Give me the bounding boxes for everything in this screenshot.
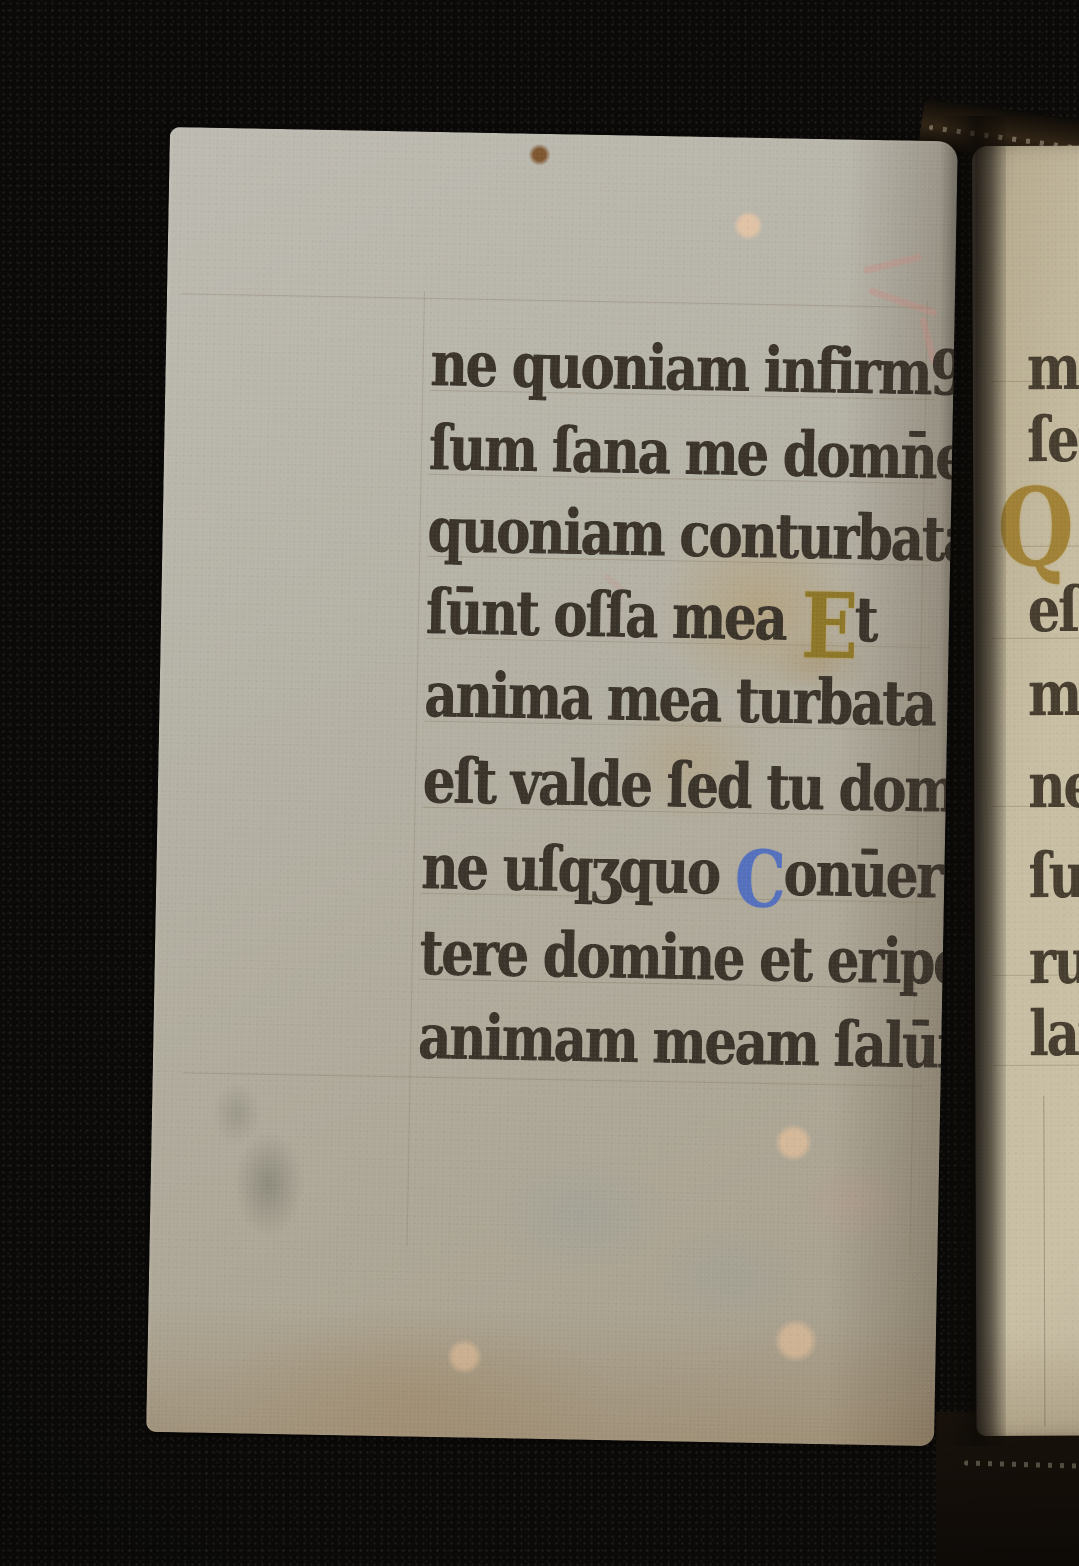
line-text: ru xyxy=(1029,926,1079,999)
text-line: ne quoniam infirm9 xyxy=(430,328,958,411)
line-text: me xyxy=(1027,332,1079,405)
line-text: animam meam ſalūm xyxy=(418,1001,958,1085)
line-text: anima mea turbata xyxy=(424,659,936,742)
ruling-line-vertical xyxy=(407,292,426,1247)
manuscript-photo: ne quoniam infirm9 ſum ſana me domn̄e qu… xyxy=(0,0,1079,1566)
text-line: ne uſqʒquo Conūer xyxy=(421,831,942,914)
line-text: ne uſqʒquo xyxy=(421,831,736,910)
right-page: me ſer Q eſt me ne ſu ru lau xyxy=(972,146,1079,1436)
text-line: animam meam ſalūm xyxy=(418,1001,958,1085)
line-text: t xyxy=(854,584,877,658)
line-text: lau xyxy=(1029,998,1079,1071)
text-line: anima mea turbata xyxy=(424,659,936,742)
text-line-partial: ru xyxy=(1029,926,1079,999)
line-text: onūer xyxy=(783,837,942,913)
line-text: me xyxy=(1028,658,1079,731)
text-line: tere domine et eripe xyxy=(419,917,958,1000)
line-text: tere domine et eripe xyxy=(419,917,958,1000)
text-line: ſum ſana me domn̄e xyxy=(428,412,957,495)
text-line: quoniam conturbata xyxy=(427,494,958,577)
red-showthrough-mark xyxy=(863,253,923,274)
blue-initial-c: C xyxy=(735,880,784,881)
bottom-edge-glint xyxy=(964,1460,1079,1468)
text-line: ſūnt oſſa mea Et xyxy=(425,576,877,657)
line-text: quoniam conturbata xyxy=(427,494,958,577)
gold-initial-partial: Q xyxy=(997,464,1071,591)
gold-initial-e: E xyxy=(801,627,854,628)
page-crease xyxy=(1043,1096,1045,1426)
line-text: ſūnt oſſa mea xyxy=(425,576,802,656)
ruling-line xyxy=(182,293,932,308)
text-line-partial: eſt xyxy=(1027,574,1079,647)
line-text: ſu xyxy=(1028,840,1079,913)
line-text: ſum ſana me domn̄e xyxy=(428,412,957,495)
left-page: ne quoniam infirm9 ſum ſana me domn̄e qu… xyxy=(146,127,958,1446)
text-line-partial: ne xyxy=(1028,750,1079,823)
line-text: eſt valde ſed tu domi xyxy=(422,745,957,828)
text-line: eſt valde ſed tu domi xyxy=(422,745,957,828)
line-text: ne quoniam infirm9 xyxy=(430,328,958,411)
text-line-partial: ſu xyxy=(1028,840,1079,913)
text-line-partial: me xyxy=(1028,658,1079,731)
line-text: ne xyxy=(1028,750,1079,823)
text-line-partial: me xyxy=(1027,332,1079,405)
text-line-partial: lau xyxy=(1029,998,1079,1071)
line-text: eſt xyxy=(1027,574,1079,647)
line-text: Q xyxy=(997,464,1071,591)
